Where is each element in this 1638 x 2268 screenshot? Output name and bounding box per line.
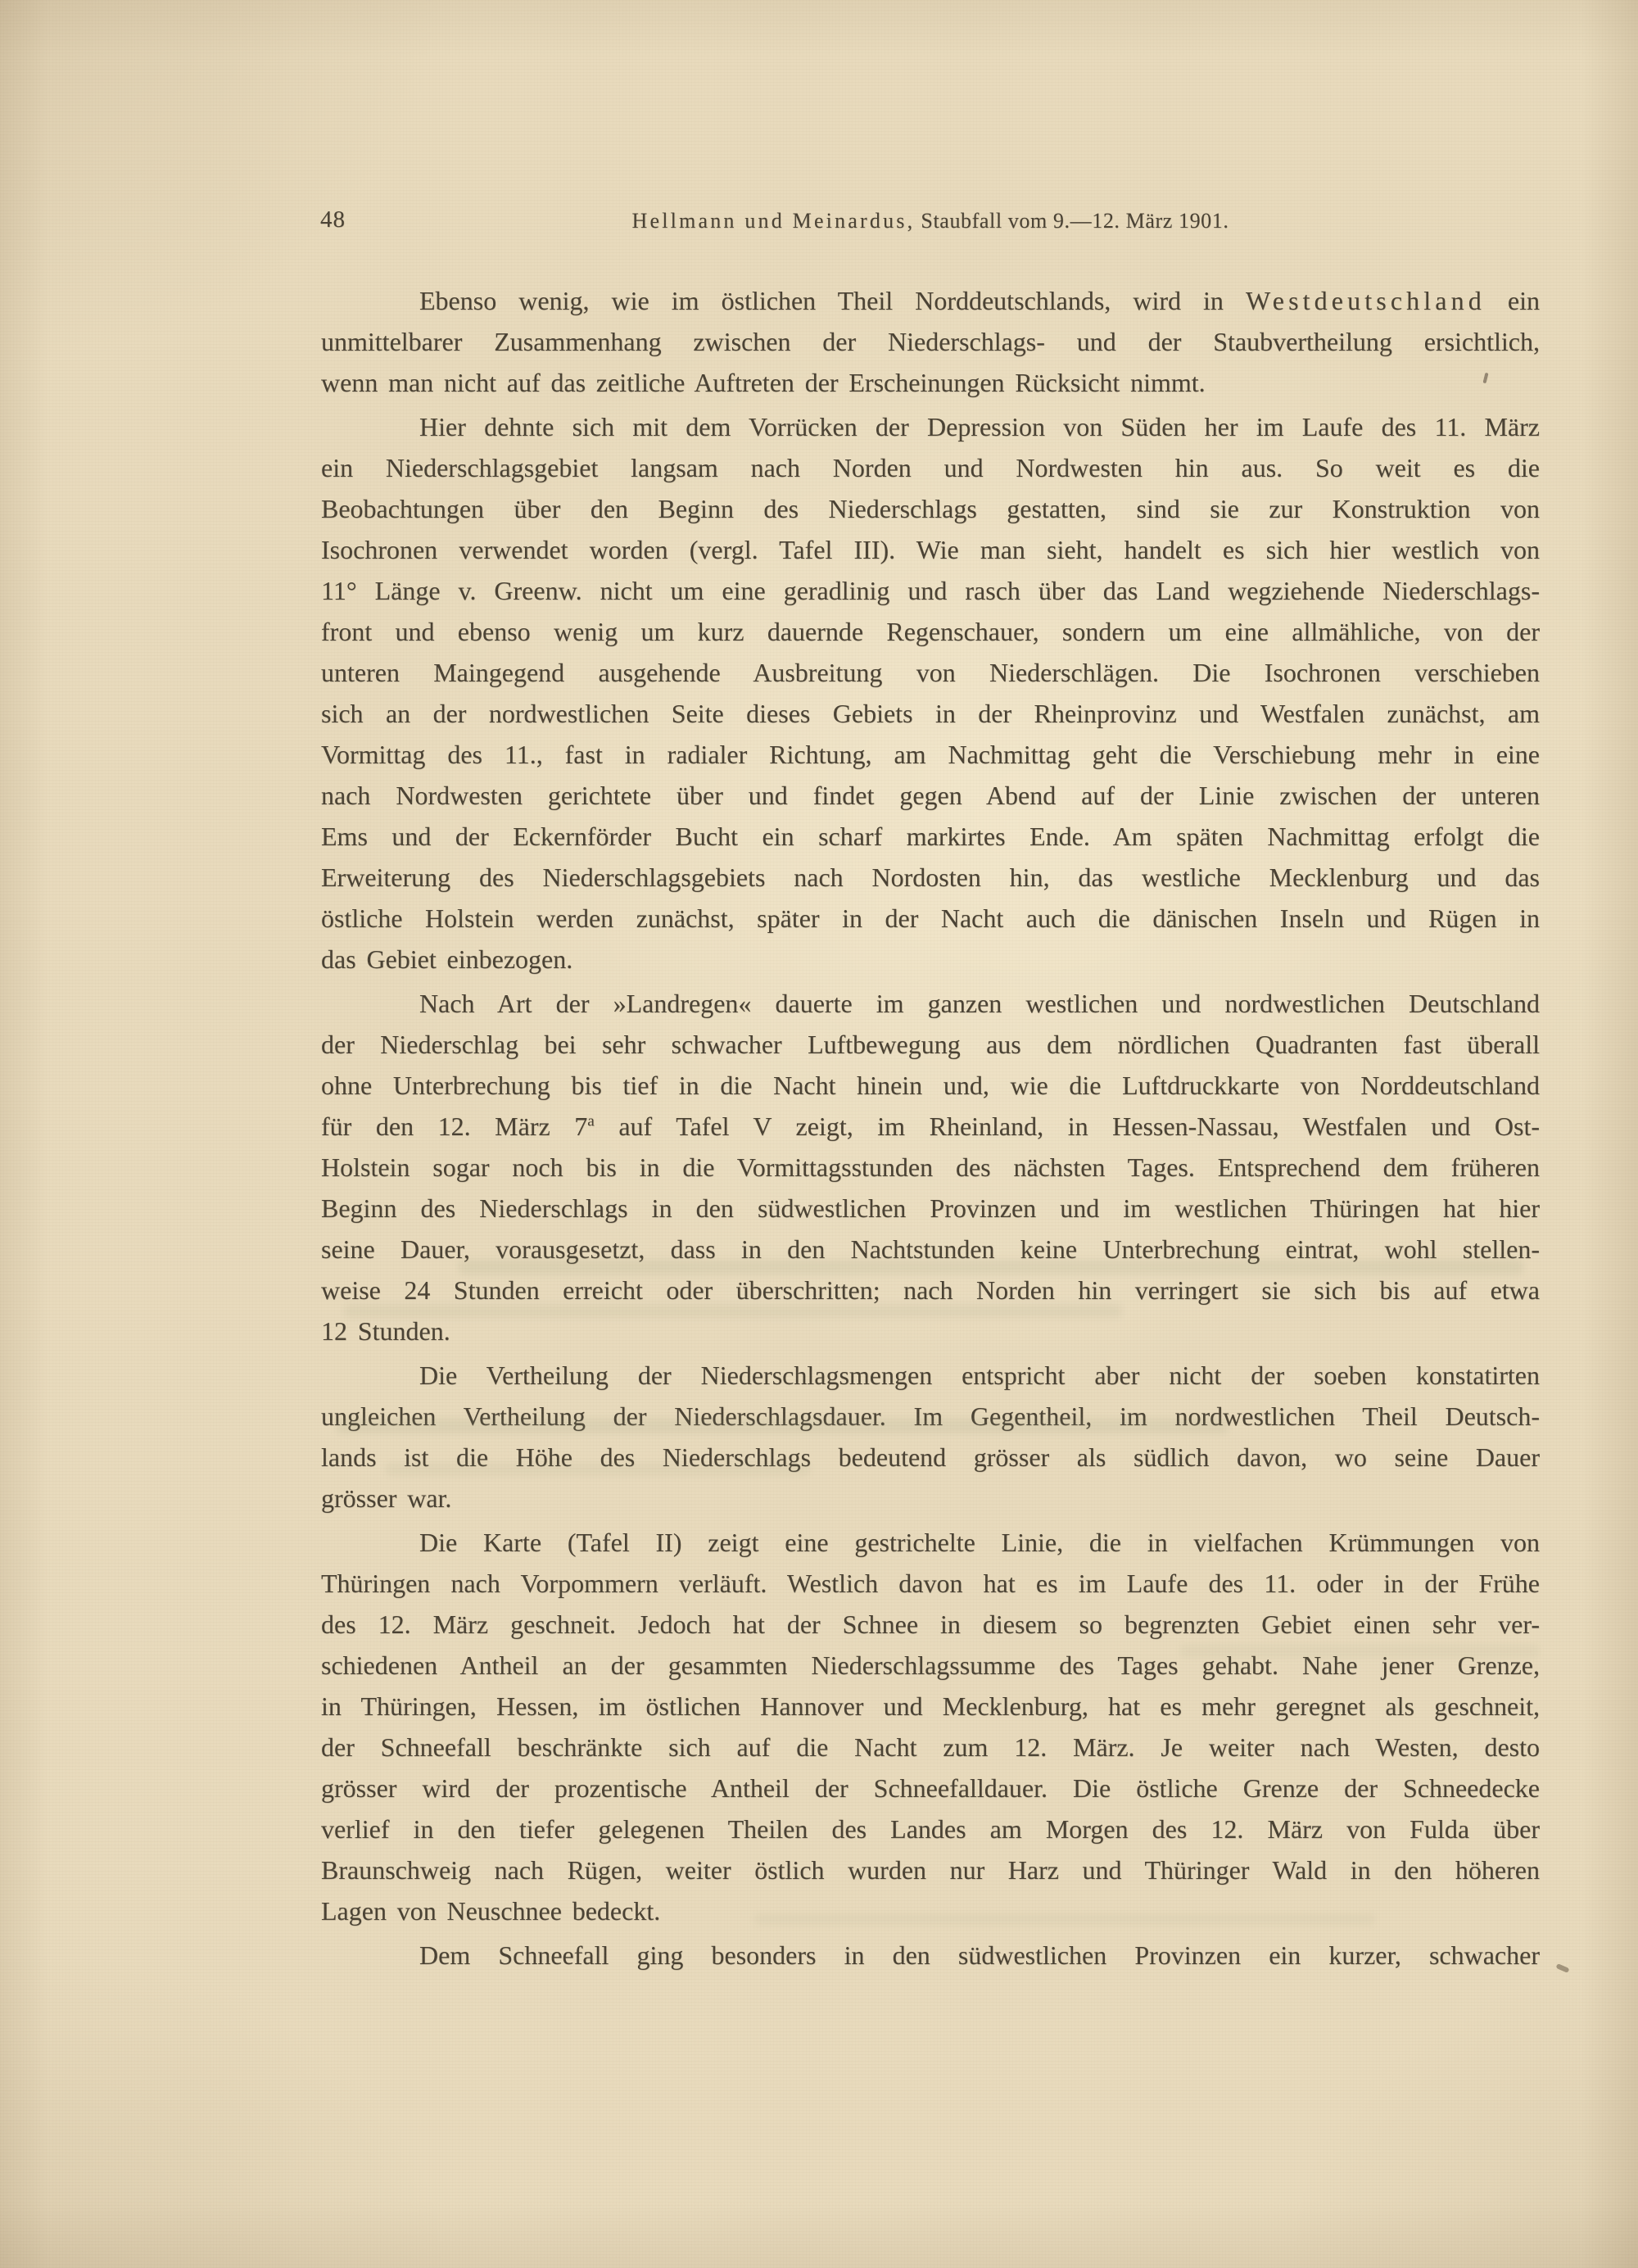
text-line: Holstein sogar noch bis in die Vormittag… (321, 1147, 1540, 1188)
paragraph: Ebenso wenig, wie im östlichen Theil Nor… (321, 280, 1540, 403)
text-line: Vormittag des 11., fast in radialer Rich… (321, 734, 1540, 775)
running-header: Hellmann und Meinardus, Staubfall vom 9.… (321, 208, 1540, 234)
text-line: Nach Art der »Landregen« dauerte im ganz… (321, 983, 1540, 1024)
text-line: Die Vertheilung der Niederschlagsmengen … (321, 1355, 1540, 1396)
text-line: grösser wird der prozentische Antheil de… (321, 1768, 1540, 1809)
text-line: weise 24 Stunden erreicht oder überschri… (321, 1270, 1540, 1311)
paragraph: Nach Art der »Landregen« dauerte im ganz… (321, 983, 1540, 1351)
text-line: Thüringen nach Vorpommern verläuft. West… (321, 1563, 1540, 1604)
paragraph: Die Vertheilung der Niederschlagsmengen … (321, 1355, 1540, 1519)
text-line: sich an der nordwestlichen Seite dieses … (321, 693, 1540, 734)
text-line: ein Niederschlagsgebiet langsam nach Nor… (321, 447, 1540, 488)
text-line: Die Karte (Tafel II) zeigt eine gestrich… (321, 1522, 1540, 1563)
text-line: unmittelbarer Zusammenhang zwischen der … (321, 321, 1540, 362)
text-line: Ems und der Eckernförder Bucht ein schar… (321, 816, 1540, 857)
text-line: Lagen von Neuschnee bedeckt. (321, 1890, 1540, 1931)
text-line: in Thüringen, Hessen, im östlichen Hanno… (321, 1686, 1540, 1727)
text-line: ohne Unterbrechung bis tief in die Nacht… (321, 1065, 1540, 1106)
text-line: Hier dehnte sich mit dem Vorrücken der D… (321, 406, 1540, 447)
paragraph: Hier dehnte sich mit dem Vorrücken der D… (321, 406, 1540, 980)
text-line: das Gebiet einbezogen. (321, 939, 1540, 980)
text-line: unteren Maingegend ausgehende Ausbreitun… (321, 652, 1540, 693)
paragraph: Die Karte (Tafel II) zeigt eine gestrich… (321, 1522, 1540, 1931)
text-line: der Schneefall beschränkte sich auf die … (321, 1727, 1540, 1768)
text-line: Isochronen verwendet worden (vergl. Tafe… (321, 529, 1540, 570)
running-header-authors: Hellmann und Meinardus, (632, 209, 916, 233)
text-line: schiedenen Antheil an der gesammten Nied… (321, 1645, 1540, 1686)
text-line: östliche Holstein werden zunächst, späte… (321, 898, 1540, 939)
text-line: des 12. März geschneit. Jedoch hat der S… (321, 1604, 1540, 1645)
text-line: Beginn des Niederschlags in den südwestl… (321, 1188, 1540, 1229)
text-line: Beobachtungen über den Beginn des Nieder… (321, 488, 1540, 529)
text-line: Braunschweig nach Rügen, weiter östlich … (321, 1849, 1540, 1890)
text-line: 12 Stunden. (321, 1311, 1540, 1351)
text-line: lands ist die Höhe des Niederschlags bed… (321, 1437, 1540, 1478)
text-line: seine Dauer, vorausgesetzt, dass in den … (321, 1229, 1540, 1270)
text-line: wenn man nicht auf das zeitliche Auftret… (321, 362, 1540, 403)
text-line: front und ebenso wenig um kurz dauernde … (321, 611, 1540, 652)
running-header-title: Staubfall vom 9.—12. März 1901. (915, 209, 1228, 233)
text-line: ungleichen Vertheilung der Niederschlags… (321, 1396, 1540, 1437)
scanned-page: 48 Hellmann und Meinardus, Staubfall vom… (0, 0, 1638, 2268)
text-line: Erweiterung des Niederschlagsgebiets nac… (321, 857, 1540, 898)
text-line: der Niederschlag bei sehr schwacher Luft… (321, 1024, 1540, 1065)
text-line: grösser war. (321, 1478, 1540, 1519)
text-line: verlief in den tiefer gelegenen Theilen … (321, 1809, 1540, 1849)
text-line: Dem Schneefall ging besonders in den süd… (321, 1935, 1540, 1976)
paragraph: Dem Schneefall ging besonders in den süd… (321, 1935, 1540, 1976)
text-line: 11° Länge v. Greenw. nicht um eine gerad… (321, 570, 1540, 611)
ink-speck (1555, 1963, 1569, 1973)
text-line: Ebenso wenig, wie im östlichen Theil Nor… (321, 280, 1540, 321)
text-line: nach Nordwesten gerichtete über und find… (321, 775, 1540, 816)
text-line: für den 12. März 7a auf Tafel V zeigt, i… (321, 1106, 1540, 1147)
body-text: Ebenso wenig, wie im östlichen Theil Nor… (321, 280, 1540, 1976)
